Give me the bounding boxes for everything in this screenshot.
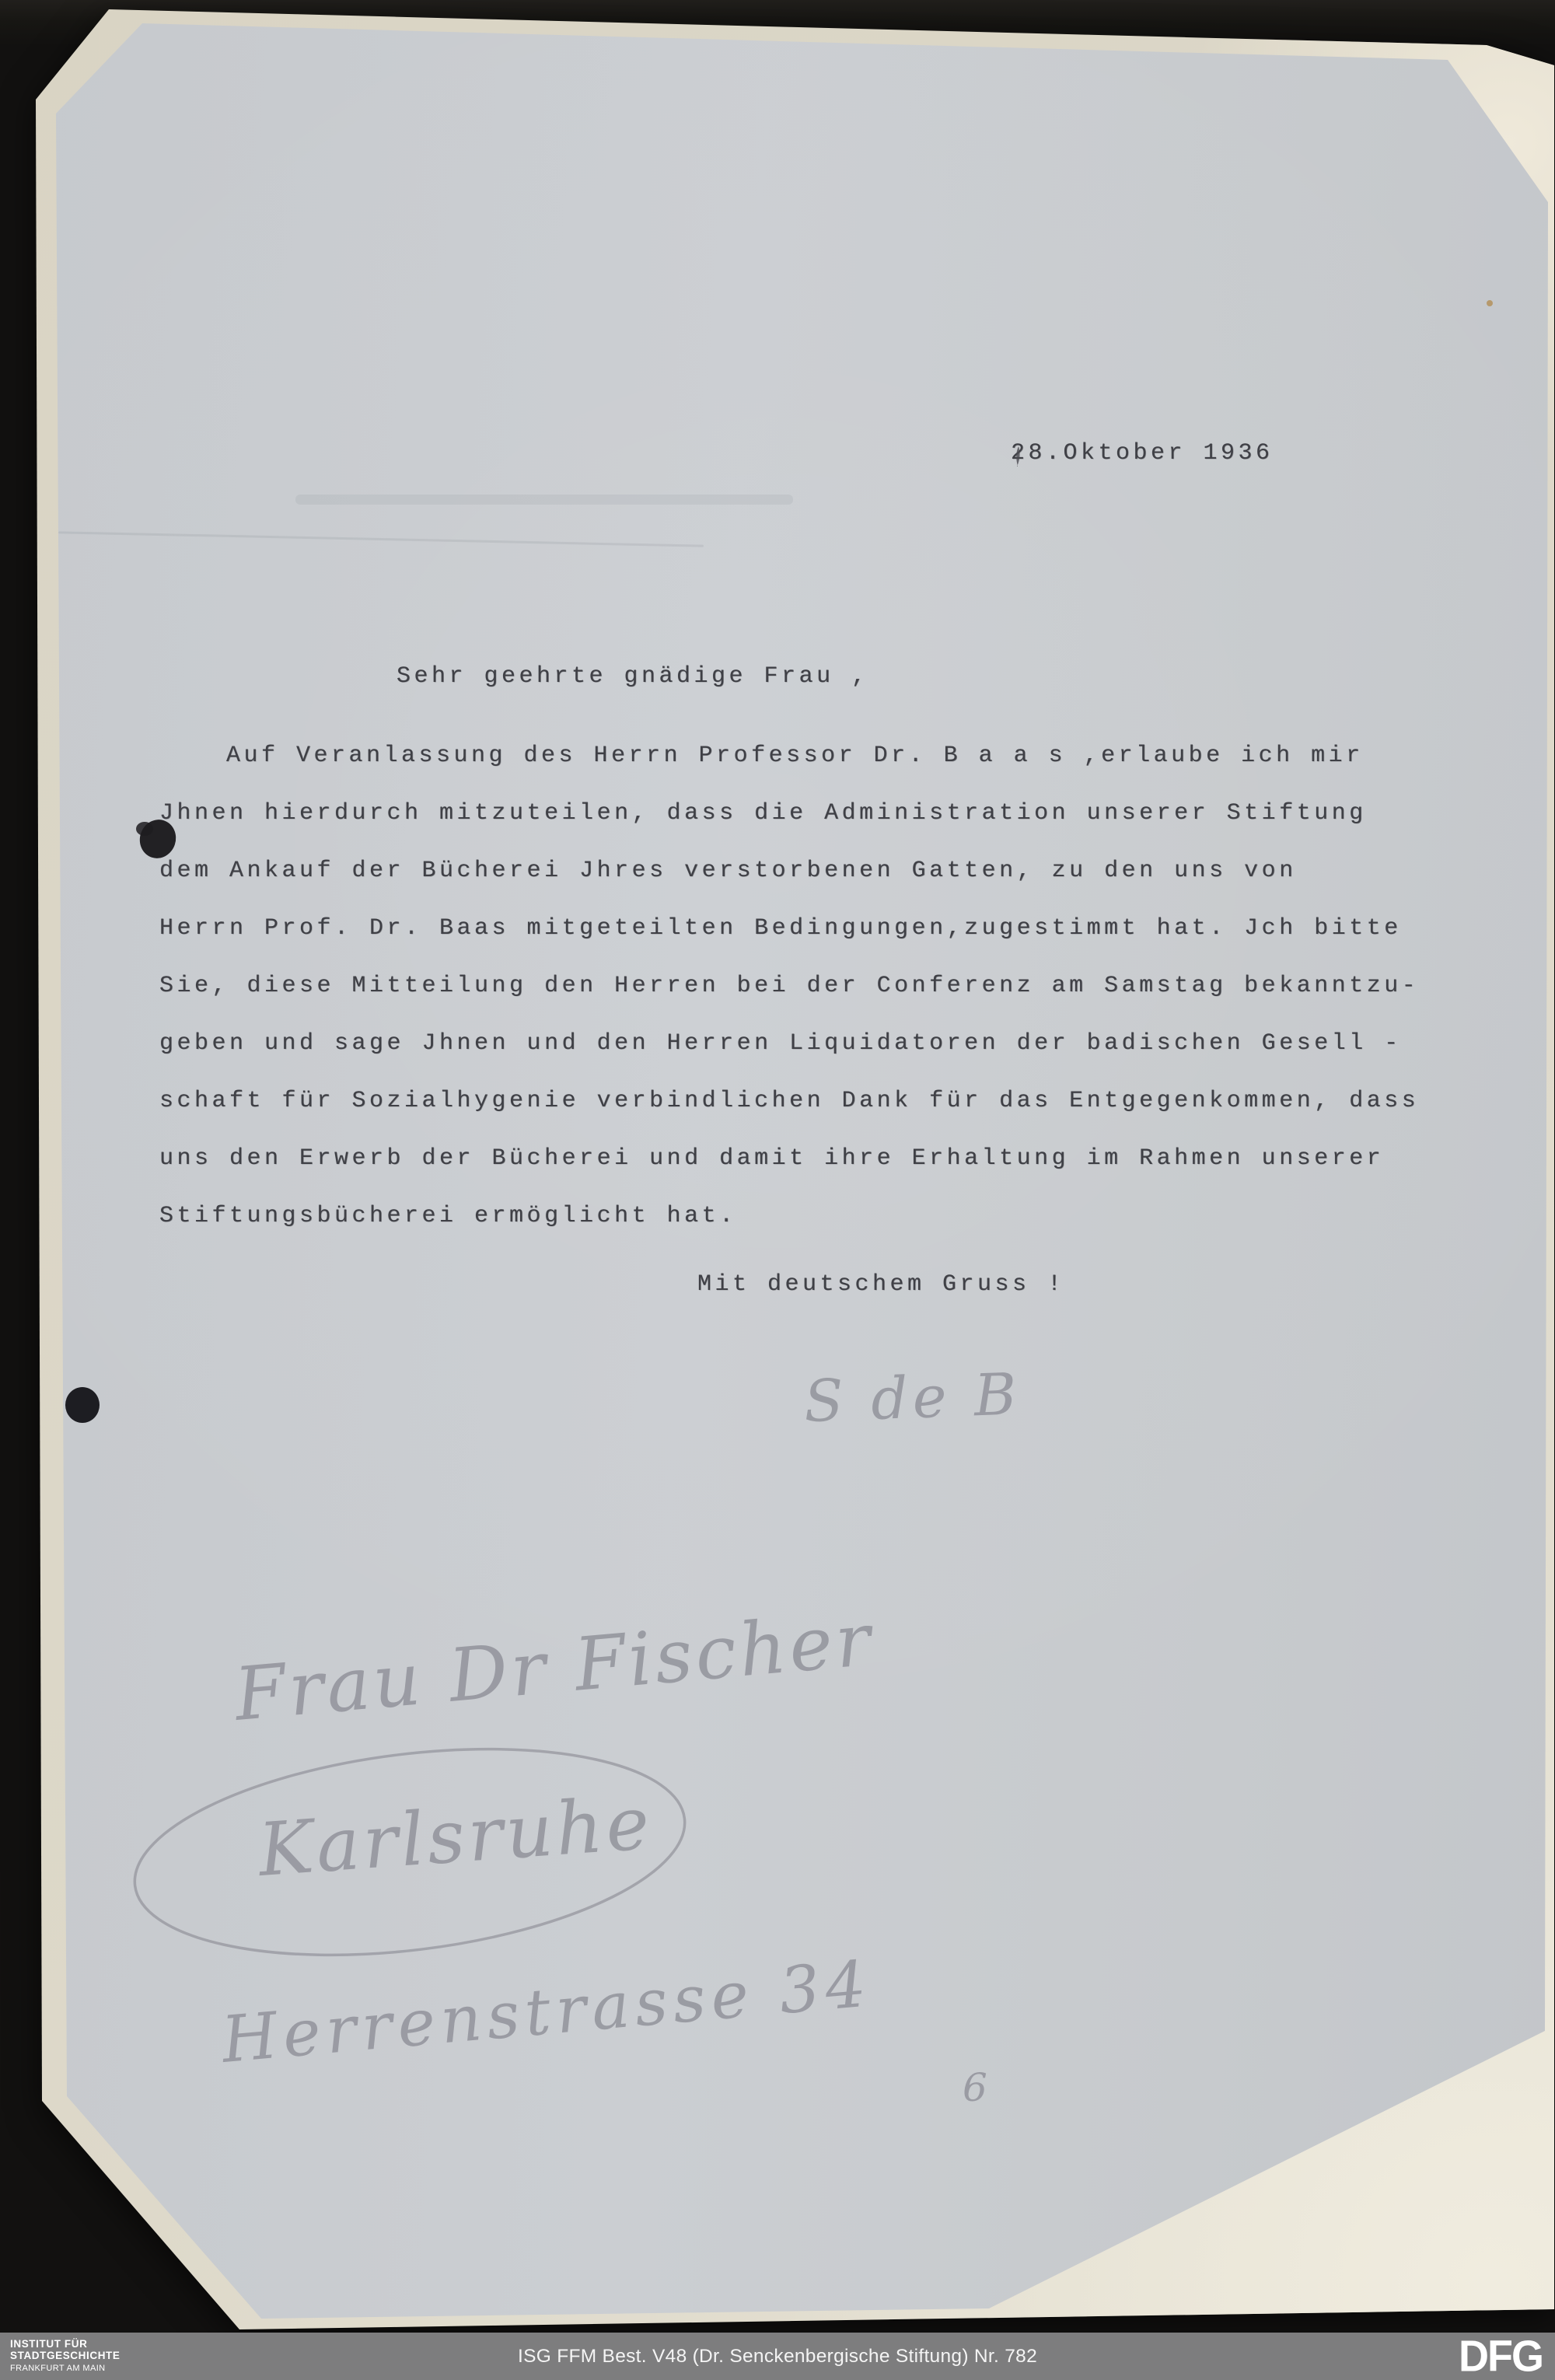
- archive-scan-viewer: 28.Oktober 1936 Sehr geehrte gnädige Fra…: [0, 0, 1555, 2380]
- handwritten-recipient-name: Frau Dr Fischer: [230, 1597, 878, 1738]
- handwritten-street: Herrenstrasse 34: [217, 1947, 874, 2078]
- footer-bar: INSTITUT FÜR STADTGESCHICHTE FRANKFURT A…: [0, 2333, 1555, 2380]
- page-number: 6: [963, 2065, 987, 2110]
- handwriting-overlay: S de B Frau Dr Fischer Karlsruhe Herrens…: [0, 0, 1555, 2380]
- overstrike-mark: [1016, 446, 1019, 467]
- punch-hole: [65, 1387, 100, 1423]
- paper-speck: [1487, 300, 1493, 306]
- signature-initials: S de B: [803, 1361, 1022, 1435]
- punch-hole: [135, 815, 180, 863]
- punch-hole-tear: [136, 822, 153, 836]
- archive-reference: ISG FFM Best. V48 (Dr. Senckenbergische …: [0, 2333, 1555, 2380]
- handwritten-city: Karlsruhe: [254, 1781, 655, 1893]
- dfg-logo: DFG: [1459, 2332, 1543, 2380]
